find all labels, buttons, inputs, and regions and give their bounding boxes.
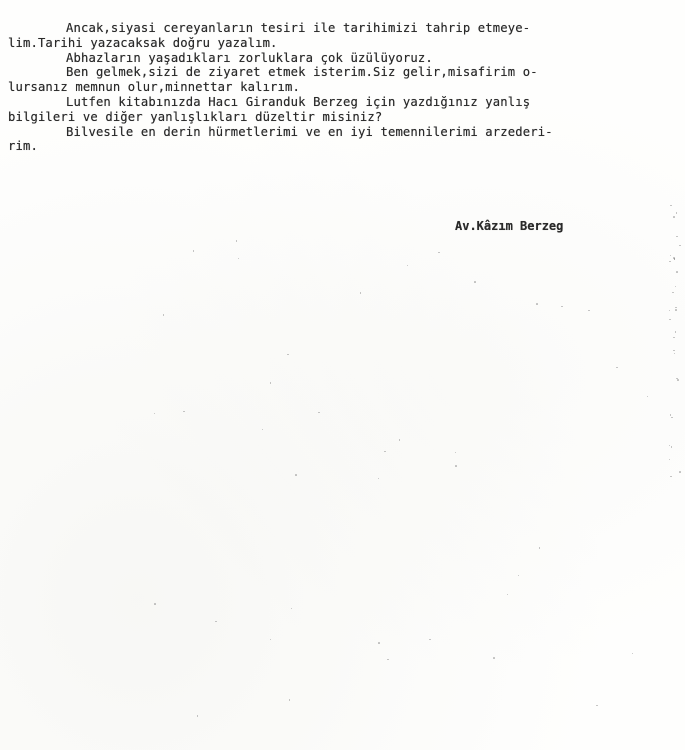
scan-speck <box>675 309 677 311</box>
scan-speck <box>270 382 272 384</box>
scan-speck <box>429 639 431 641</box>
scan-speck <box>378 642 380 644</box>
letter-line: Abhazların yaşadıkları zorluklara çok üz… <box>8 51 683 66</box>
scan-speck <box>163 314 165 316</box>
scan-speck <box>669 459 671 461</box>
scan-speck <box>438 252 440 254</box>
scan-speck <box>236 240 238 242</box>
letter-line: Ben gelmek,sizi de ziyaret etmek isterim… <box>8 65 683 80</box>
scan-speck <box>474 281 476 283</box>
letter-line: rim. <box>8 139 683 154</box>
scan-speck <box>295 474 297 476</box>
scan-speck <box>671 446 673 448</box>
scan-speck <box>670 476 672 478</box>
scan-speck <box>455 465 457 467</box>
scan-speck <box>676 271 678 273</box>
scan-speck <box>596 705 598 707</box>
scan-speck <box>193 250 195 252</box>
scan-speck <box>197 715 199 717</box>
scan-speck <box>399 439 401 441</box>
scan-speck <box>676 236 678 238</box>
scan-speck <box>672 292 674 294</box>
letter-line: Ancak,siyasi cereyanların tesiri ile tar… <box>8 21 683 36</box>
scan-speck <box>154 413 156 415</box>
signature: Av.Kâzım Berzeg <box>455 219 563 233</box>
letter-line: bilgileri ve diğer yanlışlıkları düzelti… <box>8 110 683 125</box>
scan-speck <box>669 310 671 312</box>
scan-speck <box>270 639 272 641</box>
scan-speck <box>318 412 320 414</box>
scan-speck <box>676 378 678 380</box>
scan-speck <box>673 350 675 352</box>
scan-speck <box>561 306 563 308</box>
scan-speck <box>632 653 634 655</box>
scan-speck <box>676 212 678 214</box>
scan-speck <box>673 216 675 218</box>
scan-speck <box>154 603 156 605</box>
scan-speck <box>378 478 380 480</box>
scan-speck <box>670 414 672 416</box>
letter-line: Bilvesile en derin hürmetlerimi ve en iy… <box>8 125 683 140</box>
scan-speck <box>407 265 409 267</box>
scan-speck <box>287 354 289 356</box>
scan-speck <box>675 286 677 288</box>
scan-speck <box>673 337 675 339</box>
scanned-letter-page: Ancak,siyasi cereyanların tesiri ile tar… <box>0 0 685 750</box>
scan-speck <box>679 471 681 473</box>
scan-speck <box>677 379 679 381</box>
scan-speck <box>262 429 264 431</box>
letter-line: Lutfen kitabınızda Hacı Giranduk Berzeg … <box>8 95 683 110</box>
scan-speck <box>669 319 671 321</box>
scan-speck <box>291 608 293 610</box>
scan-speck <box>674 258 676 260</box>
scan-speck <box>384 451 386 453</box>
letter-line: lursanız memnun olur,minnettar kalırım. <box>8 80 683 95</box>
scan-speck <box>588 310 590 312</box>
scan-speck <box>360 292 362 294</box>
scan-speck <box>647 396 649 398</box>
scan-speck <box>536 303 538 305</box>
scan-speck <box>675 307 677 309</box>
scan-speck <box>679 245 681 247</box>
scan-speck <box>455 452 457 454</box>
scan-speck <box>539 547 541 549</box>
scan-speck <box>616 367 618 369</box>
scan-speck <box>215 621 217 623</box>
scan-speck <box>507 594 509 596</box>
letter-body: Ancak,siyasi cereyanların tesiri ile tar… <box>8 21 683 154</box>
scan-speck <box>518 575 520 577</box>
scan-speck <box>674 353 676 355</box>
scan-speck <box>183 411 185 413</box>
scan-speck <box>671 417 673 419</box>
scan-speck <box>387 659 389 661</box>
scan-speck <box>670 205 672 207</box>
scan-speck <box>669 261 671 263</box>
scan-speck <box>675 331 677 333</box>
scan-speck <box>493 657 495 659</box>
letter-line: lim.Tarihi yazacaksak doğru yazalım. <box>8 36 683 51</box>
scan-speck <box>670 255 672 257</box>
scan-speck <box>289 699 291 701</box>
scan-speck <box>238 258 240 260</box>
